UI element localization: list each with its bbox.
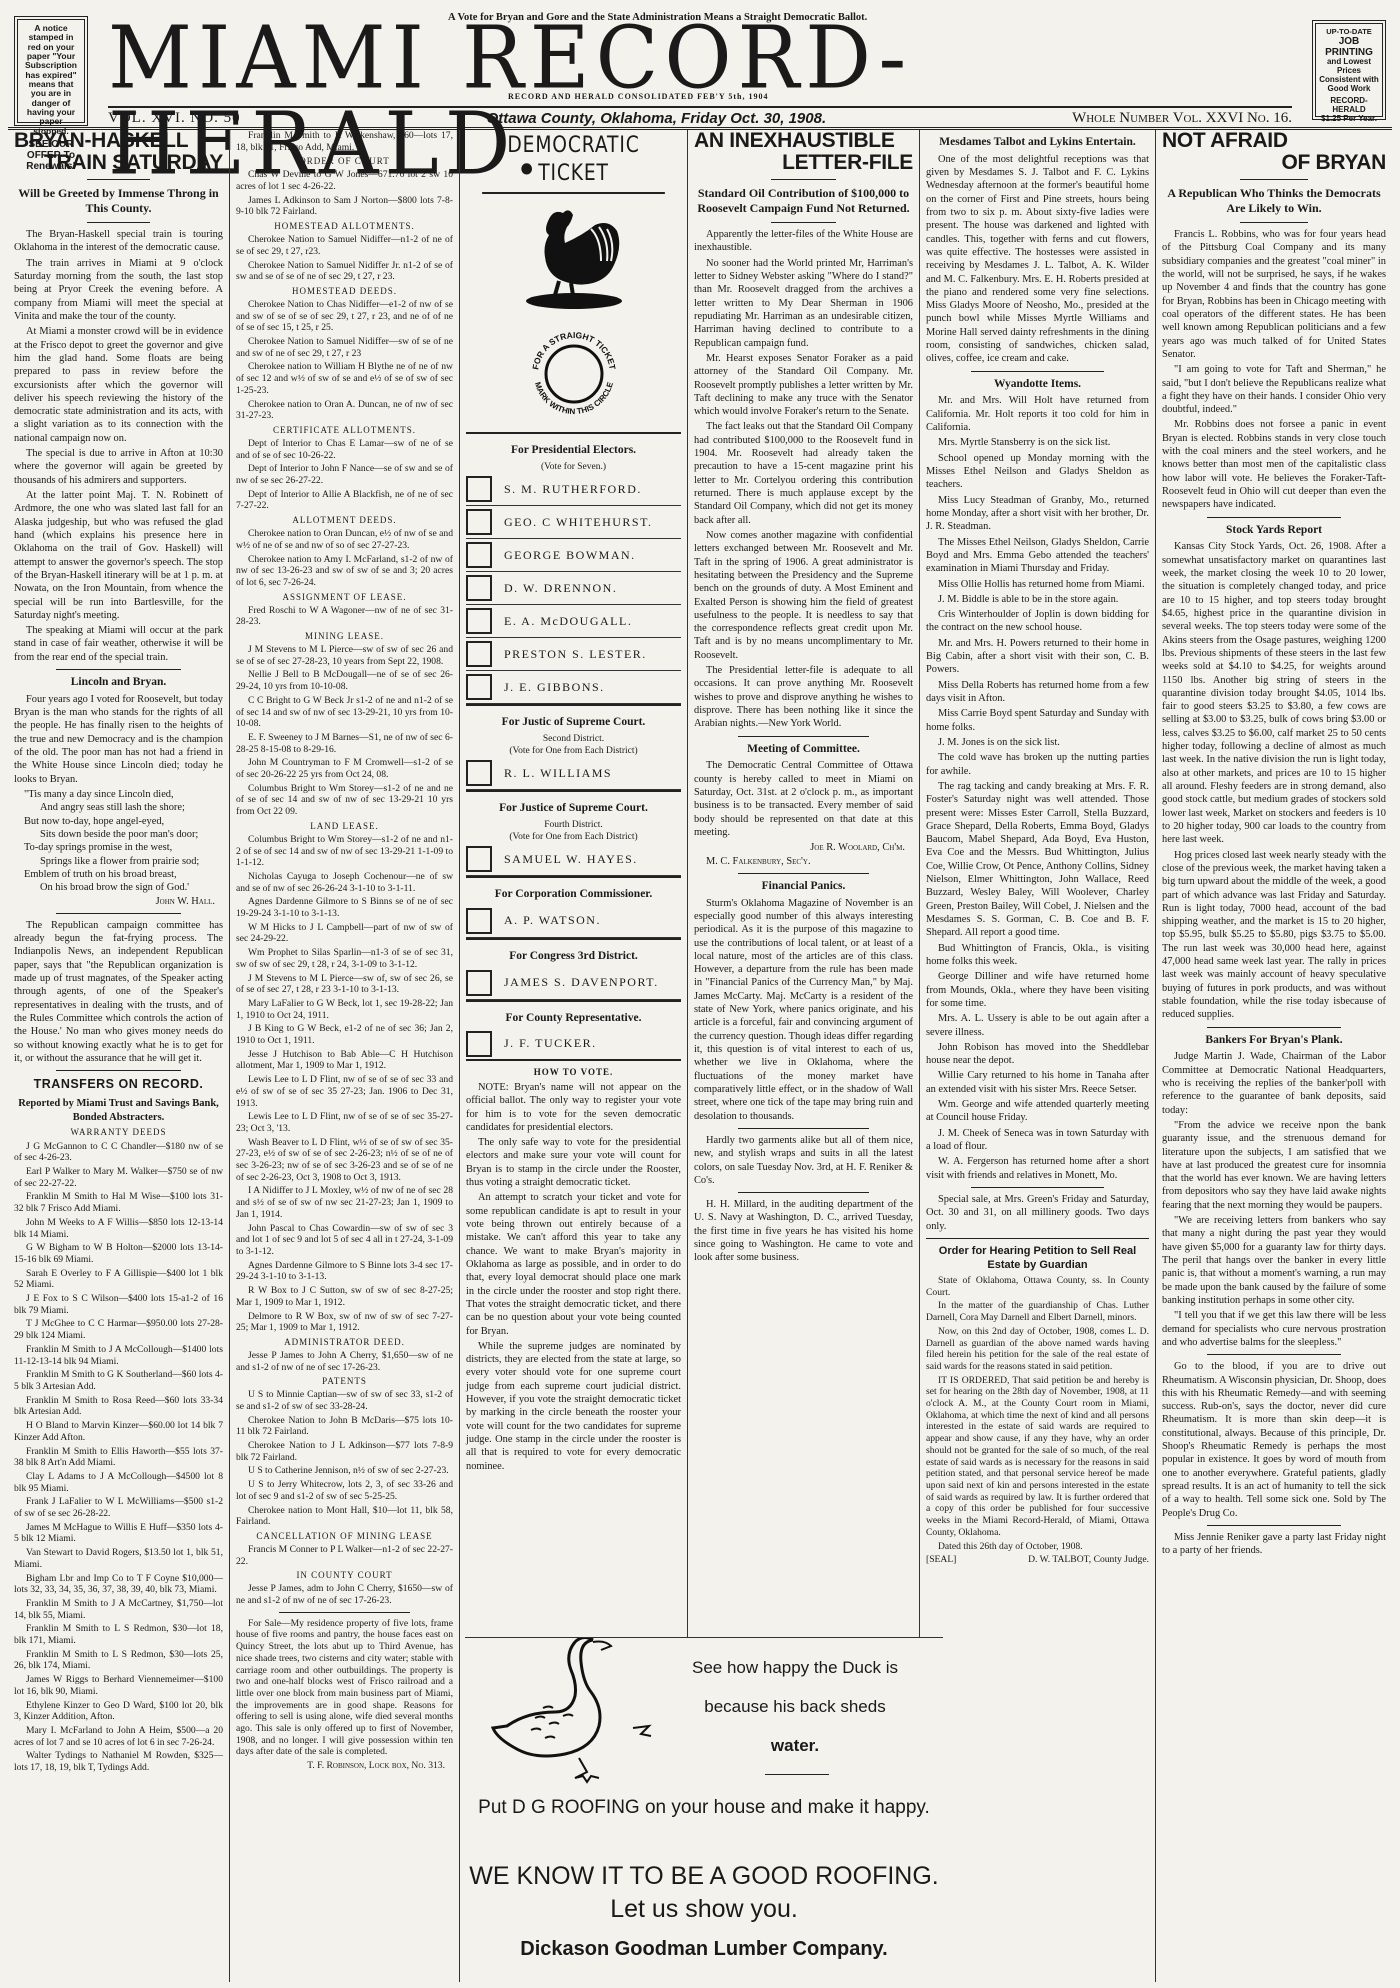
candidate-name: GEORGE BOWMAN.	[504, 548, 636, 563]
newspaper-page: A notice stamped in red on your paper "Y…	[0, 0, 1400, 1988]
section-heading: Meeting of Committee.	[694, 742, 913, 757]
transfer-item: Agnes Dardenne Gilmore to S Binne lots 3…	[236, 1260, 453, 1283]
ear-line: $1.25 Per Year.	[1319, 115, 1379, 124]
transfer-item: John Pascal to Chas Cowardin—sw of sw of…	[236, 1223, 453, 1258]
transfer-item: Mary LaFalier to G W Beck, lot 1, sec 19…	[236, 998, 453, 1021]
legal-paragraph: In the matter of the guardianship of Cha…	[926, 1300, 1149, 1323]
headline-not-afraid: NOT AFRAID OF BRYAN	[1162, 130, 1386, 174]
transfer-item: Cherokee Nation to Chas Nidiffer—e1-2 of…	[236, 299, 453, 334]
straight-ticket-circle[interactable]: FOR A STRAIGHT TICKET MARK WITHIN THIS C…	[466, 324, 681, 424]
legal-notice: State of Oklahoma, Ottawa County, ss. In…	[926, 1275, 1149, 1566]
section-heading: Lincoln and Bryan.	[14, 675, 223, 690]
transfer-item: U S to Catherine Jennison, n½ of sw of s…	[236, 1465, 453, 1477]
legal-paragraph: Dated this 26th day of October, 1908.	[926, 1541, 1149, 1553]
transfer-item: W M Hicks to J L Campbell—part of nw of …	[236, 922, 453, 945]
article-paragraph: The Republican campaign committee has al…	[14, 919, 223, 1065]
ballot-section-title: For Presidential Electors.	[466, 443, 681, 458]
candidate-name: R. L. WILLIAMS	[504, 766, 612, 781]
section-heading: Mesdames Talbot and Lykins Entertain.	[926, 135, 1149, 150]
judge-signature: D. W. TALBOT, County Judge.	[1028, 1554, 1149, 1566]
article-paragraph: No sooner had the World printed Mr, Harr…	[694, 257, 913, 350]
circle-bottom-text: MARK WITHIN THIS CIRCLE	[532, 381, 614, 417]
news-item: Miss Jennie Reniker gave a party last Fr…	[1162, 1531, 1386, 1558]
ballot-section-county-rep: For County Representative. J. F. TUCKER.	[466, 1000, 681, 1062]
article-paragraph: Francis L. Robbins, who was for four yea…	[1162, 228, 1386, 361]
job-printing-ear: UP-TO-DATE JOB PRINTING and Lowest Price…	[1312, 20, 1386, 120]
ballot-row: J. E. GIBBONS.	[466, 671, 681, 704]
poem-line: On his broad brow the sign of God.'	[24, 881, 223, 894]
section-heading: Financial Panics.	[694, 879, 913, 894]
ballot-section-title: For Justice of Supreme Court.	[466, 801, 681, 816]
poem-line: Emblem of truth on his broad breast,	[24, 868, 223, 881]
rheumatism-ad: Go to the blood, if you are to drive out…	[1162, 1360, 1386, 1520]
ear-line: RECORD-HERALD	[1319, 97, 1379, 115]
news-item: J. M. Biddle is able to be in the store …	[926, 593, 1149, 606]
column-6: NOT AFRAID OF BRYAN A Republican Who Thi…	[1156, 130, 1392, 1982]
vote-checkbox[interactable]	[466, 908, 492, 934]
divider	[1207, 517, 1341, 518]
circle-top-text: FOR A STRAIGHT TICKET	[530, 330, 618, 371]
transfer-item: Wm Prophet to Silas Sparlin—n1-3 of se o…	[236, 947, 453, 970]
transfer-item: Columbus Bright to Wm Storey—s1-2 of ne …	[236, 834, 453, 869]
divider	[1240, 222, 1307, 223]
transfer-item: Franklin M Smith to J A McCartney, $1,75…	[14, 1598, 223, 1621]
headline-line: OF BRYAN	[1162, 152, 1386, 174]
ballot-section-supreme-4th: For Justice of Supreme Court. Fourth Dis…	[466, 790, 681, 876]
subscription-notice-text: A notice stamped in red on your paper "Y…	[25, 23, 77, 136]
article-paragraph: Hardly two garments alike but all of the…	[694, 1134, 913, 1187]
subhead: A Republican Who Thinks the Democrats Ar…	[1162, 186, 1386, 216]
transfer-item: J G McGannon to C C Chandler—$180 nw of …	[14, 1141, 223, 1164]
transfer-item: Sarah E Overley to F A Gillispie—$400 lo…	[14, 1268, 223, 1291]
transfer-item: Agnes Dardenne Gilmore to S Binns se of …	[236, 896, 453, 919]
poem-line: Sits down beside the poor man's door;	[24, 828, 223, 841]
ad-line: Put D G ROOFING on your house and make i…	[465, 1794, 943, 1823]
transfer-item: Cherokee Nation to Samuel Nidiffer—sw of…	[236, 336, 453, 359]
article-paragraph: While the supreme judges are nominated b…	[466, 1340, 681, 1473]
news-item: Mr. and Mrs. Will Holt have returned fro…	[926, 394, 1149, 434]
transfer-item: Nicholas Cayuga to Joseph Cochenour—ne o…	[236, 871, 453, 894]
ballot-row: S. M. RUTHERFORD.	[466, 473, 681, 506]
candidate-name: A. P. WATSON.	[504, 913, 601, 928]
news-item: John Robison has moved into the Sheddleb…	[926, 1041, 1149, 1068]
divider	[971, 1187, 1105, 1188]
subscription-notice-ear: A notice stamped in red on your paper "Y…	[14, 16, 88, 126]
transfer-item: G W Bigham to W B Holton—$2000 lots 13-1…	[14, 1242, 223, 1265]
headline-line: TRAIN SATURDAY	[14, 152, 223, 174]
headline-line: LETTER-FILE	[694, 152, 913, 174]
vote-checkbox[interactable]	[466, 542, 492, 568]
article-paragraph: The Bryan-Haskell special train is touri…	[14, 228, 223, 255]
article-paragraph: Hog prices closed last week nearly stead…	[1162, 849, 1386, 1022]
news-item: Bud Whittington of Francis, Okla., is vi…	[926, 942, 1149, 969]
news-item: The cold wave has broken up the nutting …	[926, 751, 1149, 778]
news-item: Miss Carrie Boyd spent Saturday and Sund…	[926, 707, 1149, 734]
transfer-item: T J McGhee to C C Harmar—$950.00 lots 27…	[14, 1318, 223, 1341]
transfer-item: Clay L Adams to J A McCollough—$4500 lot…	[14, 1471, 223, 1494]
transfer-item: Cherokee Nation to J L Adkinson—$77 lots…	[236, 1440, 453, 1463]
rooster-icon	[466, 194, 681, 324]
news-item: W. A. Fergerson has returned home after …	[926, 1155, 1149, 1182]
place-and-date: Ottawa County, Oklahoma, Friday Oct. 30,…	[487, 110, 827, 127]
transfer-item: Dept of Interior to Allie A Blackfish, n…	[236, 489, 453, 512]
ballot-section-title: For Congress 3rd District.	[466, 949, 681, 964]
for-sale-ad: For Sale—My residence property of five l…	[236, 1618, 453, 1758]
transfer-item: Franklin M Smith to G K Southerland—$60 …	[14, 1369, 223, 1392]
transfer-item: C C Bright to G W Beck Jr s1-2 of ne and…	[236, 695, 453, 730]
vote-checkbox[interactable]	[466, 509, 492, 535]
transfer-item: Franklin M Smith to J A McCollough—$1400…	[14, 1344, 223, 1367]
news-item: Willie Cary returned to his home in Tana…	[926, 1069, 1149, 1096]
vote-checkbox[interactable]	[466, 970, 492, 996]
divider	[738, 873, 869, 874]
transfer-item: Dept of Interior to Chas E Lamar—sw of n…	[236, 438, 453, 461]
divider	[56, 669, 181, 670]
news-item: The rag tacking and candy breaking at Mr…	[926, 780, 1149, 940]
transfer-item: Cherokee nation to Mont Hall, $10—lot 11…	[236, 1505, 453, 1528]
news-item: Miss Lucy Steadman of Granby, Mo., retur…	[926, 494, 1149, 534]
ad-line: water.	[660, 1726, 930, 1765]
section-heading: Order for Hearing Petition to Sell Real …	[926, 1244, 1149, 1272]
poem: "Tis many a day since Lincoln died, And …	[14, 788, 223, 895]
transfer-item: I A Nidiffer to J L Moxley, w½ of nw of …	[236, 1185, 453, 1220]
signature: Joe R. Woolard, Ch'm.	[694, 841, 913, 854]
ear-line: UP-TO-DATE	[1319, 28, 1379, 36]
transfer-item: J E Fox to S C Wilson—$400 lots 15-a1-2 …	[14, 1293, 223, 1316]
article-paragraph: Judge Martin J. Wade, Chairman of the La…	[1162, 1050, 1386, 1117]
article-paragraph: Four years ago I voted for Roosevelt, bu…	[14, 693, 223, 786]
section-subheading: ASSIGNMENT OF LEASE.	[236, 592, 453, 603]
candidate-name: GEO. C WHITEHURST.	[504, 515, 653, 530]
candidate-name: JAMES S. DAVENPORT.	[504, 975, 659, 990]
ballot-section-title: For Corporation Commissioner.	[466, 887, 681, 902]
divider	[971, 371, 1105, 372]
article-paragraph: Mr. Robbins does not forsee a panic in e…	[1162, 418, 1386, 511]
poem-line: "Tis many a day since Lincoln died,	[24, 788, 223, 801]
news-item: Cris Winterhoulder of Joplin is down bid…	[926, 608, 1149, 635]
ballot-district: Second District.	[466, 733, 681, 745]
transfer-item: J M Stevens to M L Pierce—sw of sw of se…	[236, 644, 453, 667]
ballot-section-supreme-2nd: For Justic of Supreme Court. Second Dist…	[466, 704, 681, 790]
divider	[56, 1070, 181, 1071]
ballot-row: J. F. TUCKER.	[466, 1028, 681, 1061]
article-paragraph: At Miami a monster crowd will be in evid…	[14, 325, 223, 445]
ad-line: See how happy the Duck is	[660, 1648, 930, 1687]
section-subheading: ALLOTMENT DEEDS.	[236, 515, 453, 526]
divider	[1207, 1525, 1341, 1526]
transfer-item: Cherokee Nation to Samuel Nidiffer Jr. n…	[236, 260, 453, 283]
divider	[1207, 1354, 1341, 1355]
transfer-item: Franklin M Smith to Rosa Reed—$60 lots 3…	[14, 1395, 223, 1418]
news-item: Wm. George and wife attended quarterly m…	[926, 1098, 1149, 1125]
vote-checkbox[interactable]	[466, 641, 492, 667]
transfer-item: Cherokee Nation to Samuel Nidiffer—n1-2 …	[236, 234, 453, 257]
poem-line: But now to-day, hope angel-eyed,	[24, 815, 223, 828]
transfer-item: J M Stevens to M L Pierce—sw of, sw of s…	[236, 973, 453, 996]
poem-signature: John W. Hall.	[14, 895, 223, 908]
ear-line: JOB PRINTING	[1319, 36, 1379, 58]
legal-signature-row: [SEAL] D. W. TALBOT, County Judge.	[926, 1554, 1149, 1566]
transfer-item: Wash Beaver to L D Flint, w½ of se of sw…	[236, 1137, 453, 1184]
article-paragraph: "We are receiving letters from bankers w…	[1162, 1214, 1386, 1307]
article-paragraph: "I tell you that if we get this law ther…	[1162, 1309, 1386, 1349]
transfer-item: Francis M Conner to P L Walker—n1-2 of s…	[236, 1544, 453, 1567]
section-subheading: ORDER OF COURT	[236, 156, 453, 167]
article-paragraph: Kansas City Stock Yards, Oct. 26, 1908. …	[1162, 540, 1386, 846]
article-paragraph: The fact leaks out that the Standard Oil…	[694, 420, 913, 527]
ad-line: WE KNOW IT TO BE A GOOD ROOFING. Let us …	[465, 1860, 943, 1925]
article-paragraph: "I am going to vote for Taft and Sherman…	[1162, 363, 1386, 416]
transfer-item: John M Countryman to F M Cromwell—s1-2 o…	[236, 757, 453, 780]
transfer-item: Lewis Lee to L D Flint, nw of se of se o…	[236, 1074, 453, 1109]
transfers-list: J G McGannon to C C Chandler—$180 nw of …	[14, 1141, 223, 1774]
transfer-item: Van Stewart to David Rogers, $13.50 lot …	[14, 1547, 223, 1570]
ballot-row: SAMUEL W. HAYES.	[466, 843, 681, 876]
transfer-item: Walter Tydings to Nathaniel M Rowden, $3…	[14, 1750, 223, 1773]
ballot-section-title: For County Representative.	[466, 1011, 681, 1026]
section-heading: Stock Yards Report	[1162, 523, 1386, 538]
transfer-item: Cherokee nation to Oran Duncan, e½ of nw…	[236, 528, 453, 551]
section-subheading: WARRANTY DEEDS	[14, 1127, 223, 1139]
divider	[771, 222, 837, 223]
dateline: VOL. XVI. NO. 50 Ottawa County, Oklahoma…	[108, 106, 1292, 128]
news-item: Miss Della Roberts has returned home fro…	[926, 679, 1149, 706]
transfer-item: Mary I. McFarland to John A Heim, $500—a…	[14, 1725, 223, 1748]
transfer-item: James M McHague to Willis E Huff—$350 lo…	[14, 1522, 223, 1545]
transfer-item: E. F. Sweeney to J M Barnes—S1, ne of nw…	[236, 732, 453, 755]
section-subheading: CANCELLATION OF MINING LEASE	[236, 1531, 453, 1542]
transfer-item: Jesse J Hutchison to Bab Able—C H Hutchi…	[236, 1049, 453, 1072]
transfer-item: James W Riggs to Berhard Viennemeimer—$1…	[14, 1674, 223, 1697]
transfer-item: J B King to G W Beck, e1-2 of ne of sec …	[236, 1023, 453, 1046]
transfer-item: Fred Roschi to W A Wagoner—nw of ne of s…	[236, 605, 453, 628]
news-item: Mr. and Mrs. H. Powers returned to their…	[926, 637, 1149, 677]
article-paragraph: The only safe way to vote for the presid…	[466, 1136, 681, 1189]
transfer-item: Frank J LaFalier to W L McWilliams—$500 …	[14, 1496, 223, 1519]
ad-headline: See how happy the Duck is because his ba…	[660, 1648, 930, 1765]
article-paragraph: The speaking at Miami will occur at the …	[14, 624, 223, 664]
divider	[279, 1612, 409, 1613]
candidate-name: J. E. GIBBONS.	[504, 680, 605, 695]
divider	[765, 1774, 829, 1775]
candidate-name: J. F. TUCKER.	[504, 1036, 597, 1051]
ad-company: Dickason Goodman Lumber Company.	[465, 1938, 943, 1961]
transfer-item: Franklin M Smith to Ellis Haworth—$55 lo…	[14, 1446, 223, 1469]
transfer-item: U S to Jerry Whitecrow, lots 2, 3, of se…	[236, 1479, 453, 1502]
vote-checkbox[interactable]	[466, 575, 492, 601]
ballot-section-title: For Justic of Supreme Court.	[466, 715, 681, 730]
svg-text:MARK WITHIN THIS CIRCLE: MARK WITHIN THIS CIRCLE	[532, 381, 614, 417]
transfer-item: Jesse P James to John A Cherry, $1,650—s…	[236, 1350, 453, 1373]
article-paragraph: "From the advice we receive npon the ban…	[1162, 1119, 1386, 1212]
headline-line: BRYAN-HASKELL	[14, 130, 188, 152]
article-paragraph: NOTE: Bryan's name will not appear on th…	[466, 1081, 681, 1134]
transfer-item: Ethylene Kinzer to Geo D Ward, $100 lot …	[14, 1700, 223, 1723]
svg-text:FOR A STRAIGHT TICKET: FOR A STRAIGHT TICKET	[530, 330, 618, 371]
transfer-item: Lewis Lee to L D Flint, nw of se of se o…	[236, 1111, 453, 1134]
vote-checkbox[interactable]	[466, 608, 492, 634]
transfer-item: Dept of Interior to John F Nance—se of s…	[236, 463, 453, 486]
section-heading: Wyandotte Items.	[926, 377, 1149, 392]
article-paragraph: One of the most delightful receptions wa…	[926, 153, 1149, 366]
transfer-item: James L Adkinson to Sam J Norton—$800 lo…	[236, 195, 453, 218]
article-paragraph: The train arrives in Miami at 9 o'clock …	[14, 257, 223, 324]
transfer-item: John M Weeks to A F Willis—$850 lots 12-…	[14, 1217, 223, 1240]
transfer-item: Chas W Devine to G W Jones—671.76 lot 2 …	[236, 169, 453, 192]
ballot-row: D. W. DRENNON.	[466, 572, 681, 605]
transfer-item: R W Box to J C Sutton, sw of sw of sec 8…	[236, 1285, 453, 1308]
article-paragraph: At the latter point Maj. T. N. Robinett …	[14, 489, 223, 622]
news-item: Mrs. Myrtle Stansberry is on the sick li…	[926, 436, 1149, 449]
vote-checkbox[interactable]	[466, 674, 492, 700]
divider	[1240, 179, 1307, 180]
news-item: George Dilliner and wife have returned h…	[926, 970, 1149, 1010]
ballot-note: (Vote for Seven.)	[466, 461, 681, 473]
transfer-item: Earl P Walker to Mary M. Walker—$750 se …	[14, 1166, 223, 1189]
divider	[926, 1238, 1149, 1239]
section-subheading: ADMINISTRATOR DEED.	[236, 1337, 453, 1348]
section-subheading: HOMESTEAD DEEDS.	[236, 286, 453, 297]
section-subheading: PATENTS	[236, 1376, 453, 1387]
vote-checkbox[interactable]	[466, 476, 492, 502]
news-item: J. M. Cheek of Seneca was in town Saturd…	[926, 1127, 1149, 1154]
legal-paragraph: State of Oklahoma, Ottawa County, ss. In…	[926, 1275, 1149, 1298]
column-2: Franklin M Smith to R Walkenshaw, $60—lo…	[230, 130, 460, 1982]
section-subheading: MINING LEASE.	[236, 631, 453, 642]
headline-letter-file: AN INEXHAUSTIBLE LETTER-FILE	[694, 130, 913, 174]
article-paragraph: An attempt to scratch your ticket and vo…	[466, 1191, 681, 1337]
vote-checkbox[interactable]	[466, 846, 492, 872]
candidate-name: PRESTON S. LESTER.	[504, 647, 647, 662]
transfer-item: Franklin M Smith to R Walkenshaw, $60—lo…	[236, 130, 453, 153]
special-sale-notice: Special sale, at Mrs. Green's Friday and…	[926, 1193, 1149, 1233]
legal-paragraph: IT IS ORDERED, That said petition be and…	[926, 1375, 1149, 1539]
ballot-row: E. A. McDOUGALL.	[466, 605, 681, 638]
ballot-row: GEORGE BOWMAN.	[466, 539, 681, 572]
vote-checkbox[interactable]	[466, 1031, 492, 1057]
headline-line: AN INEXHAUSTIBLE	[694, 130, 895, 152]
ballot-section-congress: For Congress 3rd District. JAMES S. DAVE…	[466, 938, 681, 1000]
candidate-name: D. W. DRENNON.	[504, 581, 617, 596]
transfer-item: Nellie J Bell to B McDougall—ne of se of…	[236, 669, 453, 692]
ear-line: and Lowest Prices Consistent with Good W…	[1319, 58, 1379, 93]
ballot-row: JAMES S. DAVENPORT.	[466, 967, 681, 1000]
transfer-item: Jesse P James, adm to John C Cherry, $16…	[236, 1583, 453, 1606]
subhead: Will be Greeted by Immense Throng in Thi…	[14, 186, 223, 216]
article-paragraph: Apparently the letter-files of the White…	[694, 228, 913, 255]
article-paragraph: Sturm's Oklahoma Magazine of November is…	[694, 897, 913, 1123]
transfer-item: Cherokee nation to Oran A. Duncan, ne of…	[236, 399, 453, 422]
vote-checkbox[interactable]	[466, 760, 492, 786]
seal: [SEAL]	[926, 1554, 956, 1566]
divider	[771, 179, 837, 180]
candidate-name: SAMUEL W. HAYES.	[504, 852, 638, 867]
news-item: The Misses Ethel Neilson, Gladys Sheldon…	[926, 536, 1149, 576]
news-item: J. M. Jones is on the sick list.	[926, 736, 1149, 749]
candidate-name: S. M. RUTHERFORD.	[504, 482, 642, 497]
legal-paragraph: Now, on this 2nd day of October, 1908, c…	[926, 1326, 1149, 1373]
ballot-note: (Vote for One from Each District)	[466, 745, 681, 757]
how-to-vote-heading: HOW TO VOTE.	[466, 1067, 681, 1079]
article-paragraph: The special is due to arrive in Afton at…	[14, 447, 223, 487]
consolidated-line: RECORD AND HERALD CONSOLIDATED FEB'Y 5th…	[508, 92, 768, 101]
section-subheading: HOMESTEAD ALLOTMENTS.	[236, 221, 453, 232]
whole-number: Whole Number Vol. XXVI No. 16.	[1072, 110, 1292, 127]
section-subheading: LAND LEASE.	[236, 821, 453, 832]
subhead: Standard Oil Contribution of $100,000 to…	[694, 186, 913, 216]
duck-icon	[483, 1638, 653, 1793]
news-item: Mrs. A. L. Ussery is able to be out agai…	[926, 1012, 1149, 1039]
article-paragraph: Mr. Hearst exposes Senator Foraker as a …	[694, 352, 913, 419]
ballot-row: R. L. WILLIAMS	[466, 757, 681, 790]
section-heading: TRANSFERS ON RECORD.	[14, 1076, 223, 1092]
divider	[87, 222, 150, 223]
column-1: BRYAN-HASKELL TRAIN SATURDAY Will be Gre…	[8, 130, 230, 1982]
headline-bryan-haskell: BRYAN-HASKELL TRAIN SATURDAY	[14, 130, 223, 174]
ballot-row: PRESTON S. LESTER.	[466, 638, 681, 671]
poem-line: Springs like a flower from prairie sod;	[24, 855, 223, 868]
section-subheading: CERTIFICATE ALLOTMENTS.	[236, 425, 453, 436]
transfer-item: Franklin M Smith to L S Redmon, $30—lots…	[14, 1649, 223, 1672]
for-sale-signature: T. F. Robinson, Lock box, No. 313.	[236, 1760, 453, 1772]
transfer-item: Bigham Lbr and Imp Co to T F Coyne $10,0…	[14, 1573, 223, 1596]
divider	[1207, 1027, 1341, 1028]
ballot-row: A. P. WATSON.	[466, 905, 681, 938]
section-heading: Bankers For Bryan's Plank.	[1162, 1033, 1386, 1048]
ticket-title: DEMOCRATIC TICKET	[482, 130, 665, 194]
ad-line: because his back sheds	[660, 1687, 930, 1726]
transfer-item: H O Bland to Marvin Kinzer—$60.00 lot 14…	[14, 1420, 223, 1443]
ballot-section-electors: For Presidential Electors. (Vote for Sev…	[466, 432, 681, 704]
divider	[87, 179, 150, 180]
divider	[56, 913, 181, 914]
poem-line: To-day springs promise in the west,	[24, 841, 223, 854]
ballot-note: (Vote for One from Each District)	[466, 831, 681, 843]
transfer-item: Cherokee nation to William H Blythe ne o…	[236, 361, 453, 396]
divider	[738, 736, 869, 737]
divider	[738, 1192, 869, 1193]
transfer-item: Columbus Bright to Wm Storey—s1-2 of ne …	[236, 783, 453, 818]
ballot-district: Fourth District.	[466, 819, 681, 831]
roofing-advertisement: See how happy the Duck is because his ba…	[465, 1637, 943, 1984]
news-item: Miss Ollie Hollis has returned home from…	[926, 578, 1149, 591]
candidate-name: E. A. McDOUGALL.	[504, 614, 632, 629]
article-paragraph: The Democratic Central Committee of Otta…	[694, 759, 913, 839]
subhead: Reported by Miami Trust and Savings Bank…	[14, 1097, 223, 1124]
masthead: A notice stamped in red on your paper "Y…	[8, 6, 1392, 130]
transfer-item: U S to Minnie Captian—sw of sw of sec 33…	[236, 1389, 453, 1412]
volume-number: VOL. XVI. NO. 50	[108, 110, 241, 127]
section-subheading: IN COUNTY COURT	[236, 1570, 453, 1581]
poem-line: And angry seas still lash the shore;	[24, 801, 223, 814]
divider	[738, 1128, 869, 1129]
ballot-section-corporation: For Corporation Commissioner. A. P. WATS…	[466, 876, 681, 938]
transfer-item: Franklin M Smith to L S Redmon, $30—lot …	[14, 1623, 223, 1646]
transfer-item: Delmore to R W Box, sw of nw of sw of se…	[236, 1311, 453, 1334]
headline-line: NOT AFRAID	[1162, 130, 1288, 152]
article-paragraph: The Presidential letter-file is adequate…	[694, 664, 913, 731]
column-5: Mesdames Talbot and Lykins Entertain. On…	[920, 130, 1156, 1982]
transfer-item: Franklin M Smith to Hal M Wise—$100 lots…	[14, 1191, 223, 1214]
ballot-row: GEO. C WHITEHURST.	[466, 506, 681, 539]
article-paragraph: H. H. Millard, in the auditing departmen…	[694, 1198, 913, 1265]
transfer-item: Cherokee nation to Amy I. McFarland, s1-…	[236, 554, 453, 589]
article-paragraph: Now comes another magazine with confiden…	[694, 529, 913, 662]
news-item: School opened up Monday morning with the…	[926, 452, 1149, 492]
signature: M. C. Falkenbury, Sec'y.	[694, 855, 913, 868]
transfer-item: Cherokee Nation to John B McDaris—$75 lo…	[236, 1415, 453, 1438]
